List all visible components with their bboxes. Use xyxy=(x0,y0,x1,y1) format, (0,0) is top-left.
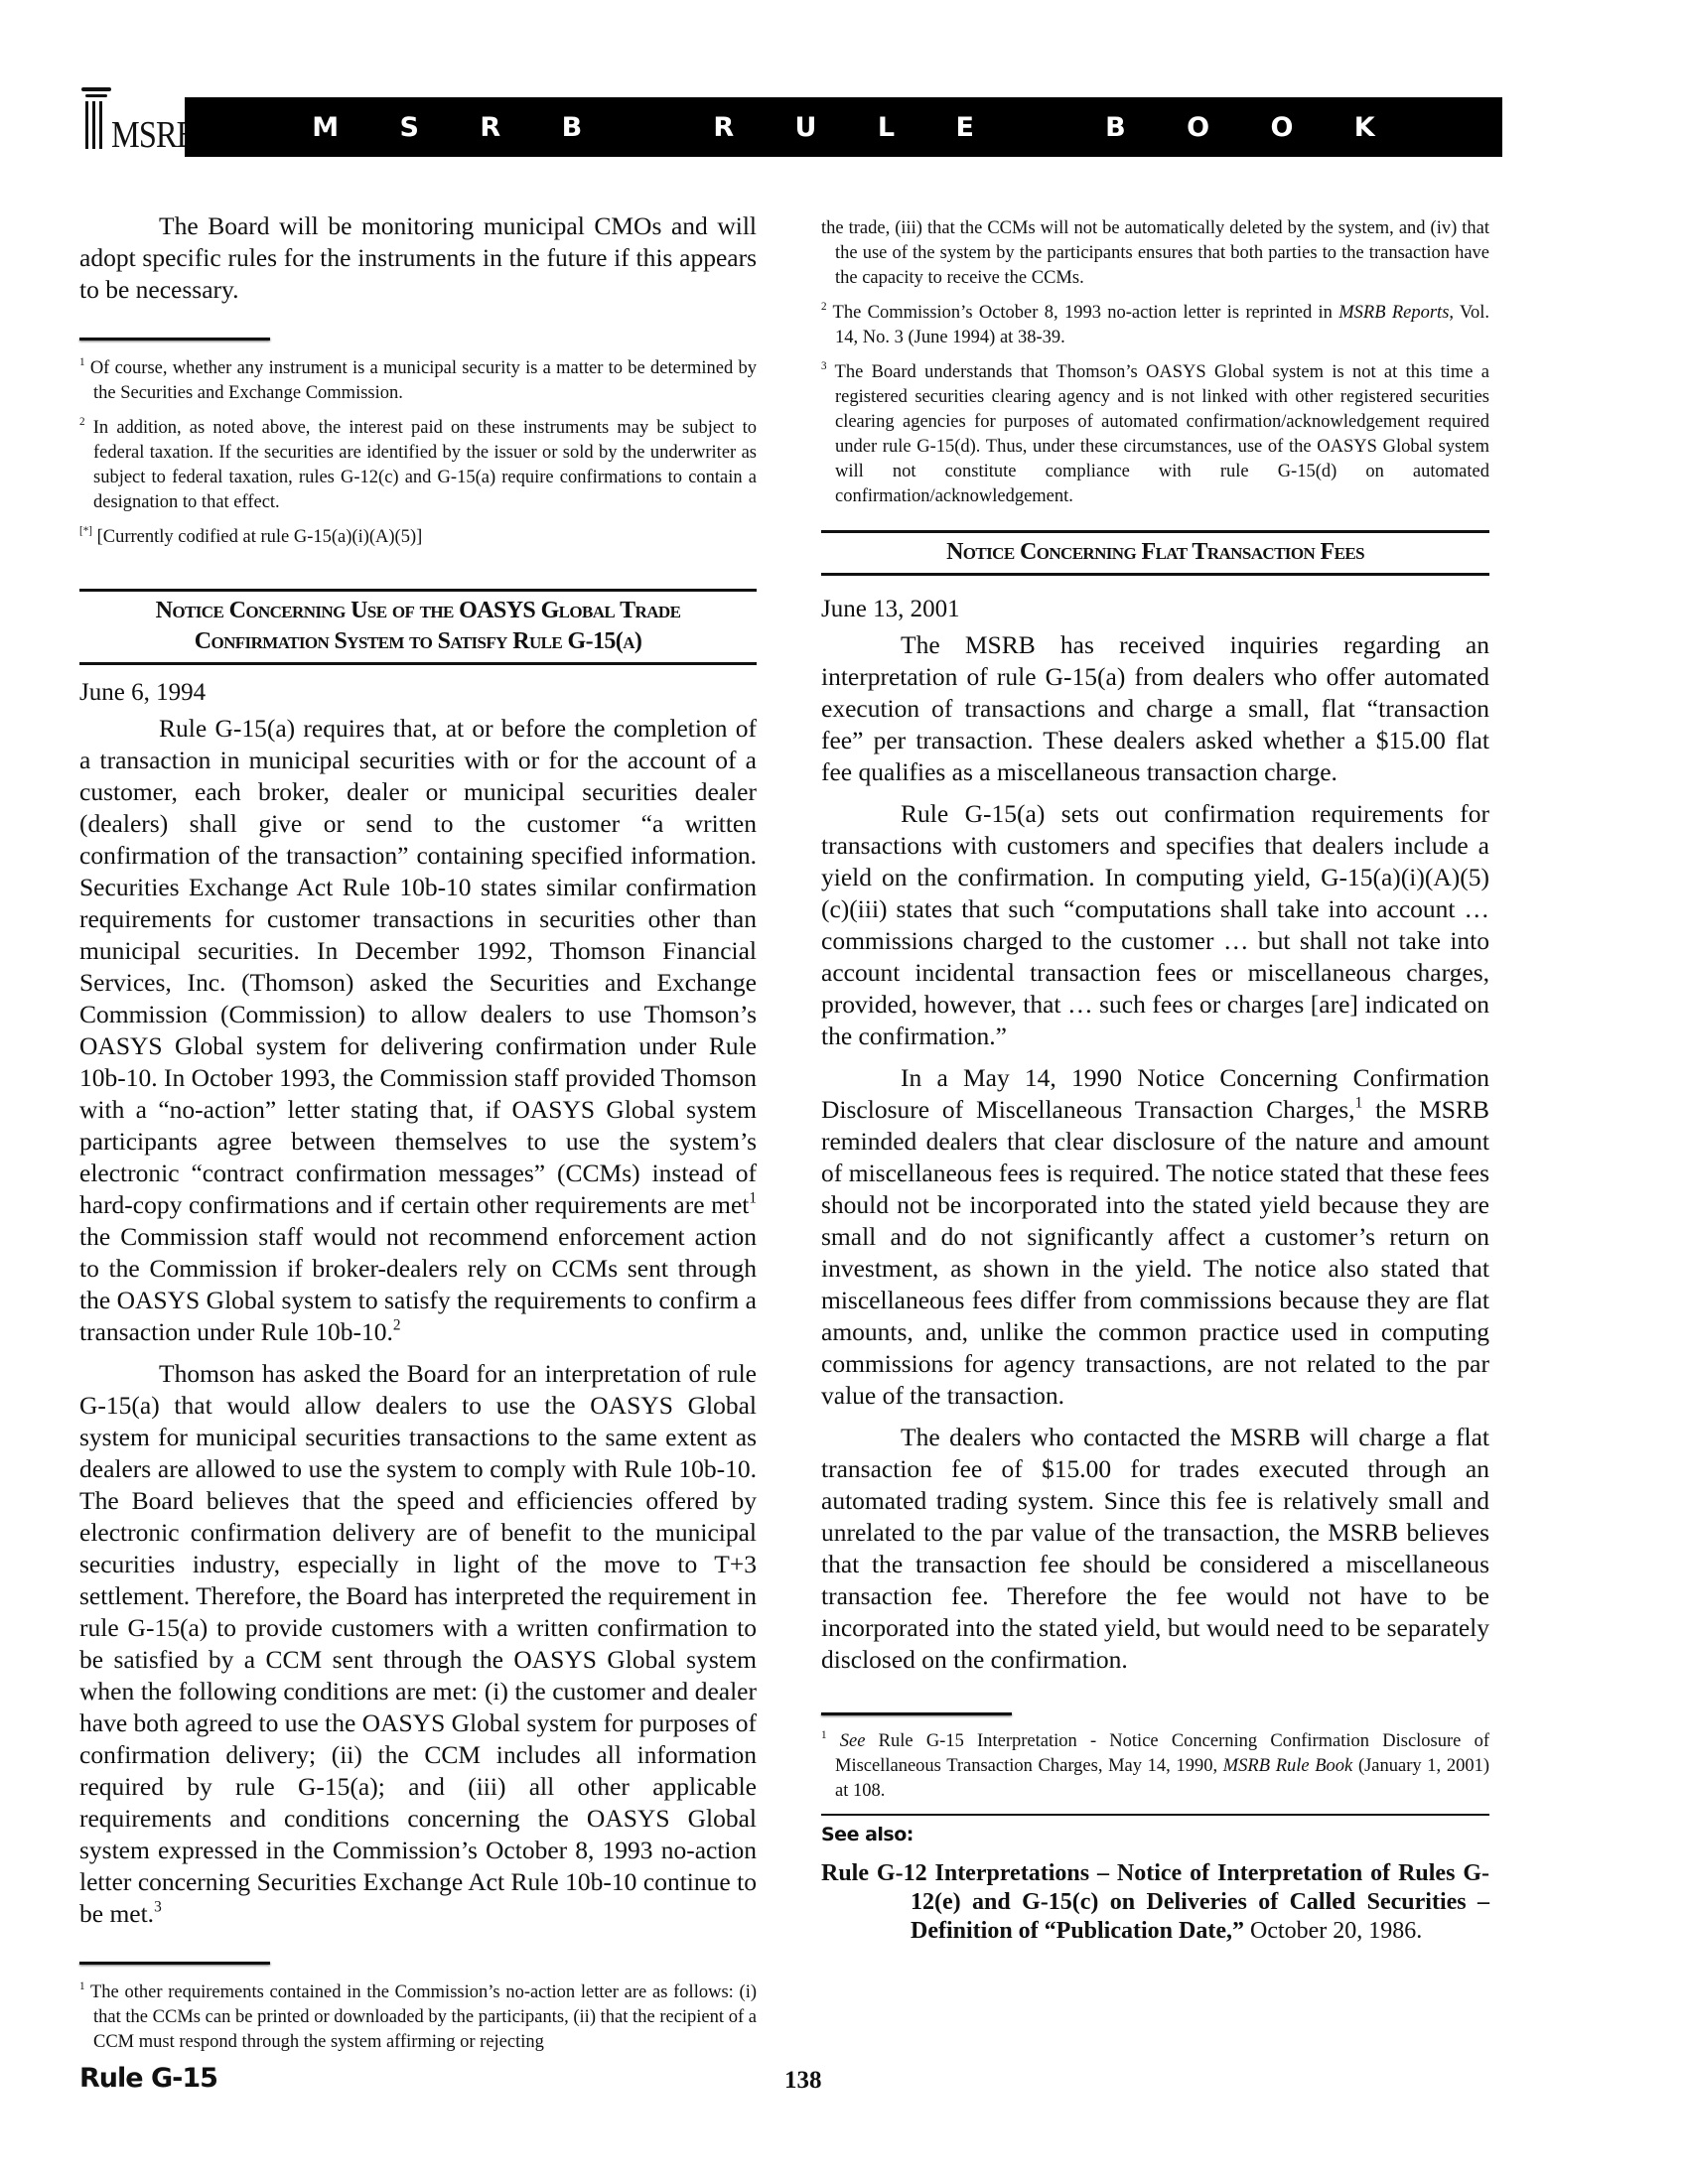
notice-oasys: Notice Concerning Use of the OASYS Globa… xyxy=(79,589,757,1930)
footnote-text: the trade, (iii) that the CCMs will not … xyxy=(821,218,1489,288)
intro-paragraph: The Board will be monitoring municipal C… xyxy=(79,210,757,306)
footnote-continued: the trade, (iii) that the CCMs will not … xyxy=(821,216,1489,291)
footnote: 1 See Rule G-15 Interpretation - Notice … xyxy=(821,1729,1489,1804)
footnote: 2 In addition, as noted above, the inter… xyxy=(79,416,757,515)
page-number: 138 xyxy=(784,2067,822,2095)
heading-line: Notice Concerning Flat Transaction Fees xyxy=(821,537,1489,568)
paragraph: The MSRB has received inquiries regardin… xyxy=(821,629,1489,788)
footnote-text: [Currently codified at rule G-15(a)(i)(A… xyxy=(97,527,423,547)
footnote-text: Of course, whether any instrument is a m… xyxy=(90,358,757,403)
footnote-text: The Commission’s October 8, 1993 no-acti… xyxy=(833,303,1339,323)
column-icon-cap xyxy=(81,87,111,91)
column-icon-shaft xyxy=(85,101,88,149)
footnote-text: The other requirements contained in the … xyxy=(90,1982,757,2052)
notice-date: June 13, 2001 xyxy=(821,594,1489,625)
right-footnotes-top: the trade, (iii) that the CCMs will not … xyxy=(821,216,1489,519)
column-icon-cap2 xyxy=(85,94,107,97)
footnote-mark: 3 xyxy=(821,360,827,372)
publication-title: MSRB Reports xyxy=(1338,303,1449,323)
see-also-item[interactable]: Rule G-12 Interpretations – Notice of In… xyxy=(821,1859,1489,1946)
paragraph: The dealers who contacted the MSRB will … xyxy=(821,1422,1489,1676)
column-icon-shaft xyxy=(92,101,95,149)
footnote: 1 The other requirements contained in th… xyxy=(79,1980,757,2055)
heading-line: Notice Concerning Use of the OASYS Globa… xyxy=(79,596,757,626)
footer-rule-label: Rule G-15 xyxy=(79,2063,217,2094)
paragraph-text: the Commission staff would not recommend… xyxy=(79,1222,757,1346)
footnote: 3 The Board understands that Thomson’s O… xyxy=(821,360,1489,509)
see-also-divider xyxy=(821,1814,1489,1816)
left-footnotes-top: 1 Of course, whether any instrument is a… xyxy=(79,338,757,560)
footnote-text: The Board understands that Thomson’s OAS… xyxy=(835,362,1489,506)
footnote-mark: 1 xyxy=(821,1729,827,1741)
footnote-mark: [*] xyxy=(79,525,92,537)
column-icon-shaft xyxy=(99,101,102,149)
paragraph-text: Thomson has asked the Board for an inter… xyxy=(79,1359,757,1928)
footnote: 2 The Commission’s October 8, 1993 no-ac… xyxy=(821,301,1489,350)
heading-line: Confirmation System to Satisfy Rule G-15… xyxy=(79,626,757,657)
footnote: [*] [Currently codified at rule G-15(a)(… xyxy=(79,525,757,550)
footnote-mark: 2 xyxy=(821,301,827,313)
footnote: 1 Of course, whether any instrument is a… xyxy=(79,356,757,406)
paragraph: Thomson has asked the Board for an inter… xyxy=(79,1358,757,1930)
paragraph-text: Rule G-15(a) requires that, at or before… xyxy=(79,714,757,1219)
paragraph-text: the MSRB reminded dealers that clear dis… xyxy=(821,1095,1489,1410)
see-signal: See xyxy=(840,1731,866,1751)
footnote-ref[interactable]: 1 xyxy=(749,1189,757,1206)
banner-title: M S R B R U L E B O O K xyxy=(286,112,1400,143)
footnote-ref[interactable]: 1 xyxy=(1355,1094,1363,1111)
paragraph: In a May 14, 1990 Notice Concerning Conf… xyxy=(821,1062,1489,1412)
paragraph: Rule G-15(a) requires that, at or before… xyxy=(79,713,757,1348)
msrb-logo: MSRB xyxy=(79,85,189,161)
footnote-mark: 2 xyxy=(79,416,85,428)
see-also-date: October 20, 1986. xyxy=(1244,1918,1422,1944)
left-column: The Board will be monitoring municipal C… xyxy=(79,210,757,306)
header-banner: M S R B R U L E B O O K xyxy=(185,97,1502,157)
notice-date: June 6, 1994 xyxy=(79,677,757,709)
section-heading: Notice Concerning Flat Transaction Fees xyxy=(821,530,1489,576)
notice-flat-fees: Notice Concerning Flat Transaction Fees … xyxy=(821,530,1489,1676)
footnote-mark: 1 xyxy=(79,1980,85,1992)
publication-title: MSRB Rule Book xyxy=(1223,1756,1353,1776)
right-footnotes-bottom: 1 See Rule G-15 Interpretation - Notice … xyxy=(821,1712,1489,1946)
see-also-label: See also: xyxy=(821,1824,1489,1845)
paragraph: Rule G-15(a) sets out confirmation requi… xyxy=(821,798,1489,1052)
left-footnotes-bottom: 1 The other requirements contained in th… xyxy=(79,1962,757,2065)
footnote-ref[interactable]: 3 xyxy=(154,1898,162,1915)
footnote-mark: 1 xyxy=(79,356,85,368)
section-heading: Notice Concerning Use of the OASYS Globa… xyxy=(79,589,757,665)
footnote-ref[interactable]: 2 xyxy=(393,1316,401,1333)
footnote-text: In addition, as noted above, the interes… xyxy=(93,418,757,512)
